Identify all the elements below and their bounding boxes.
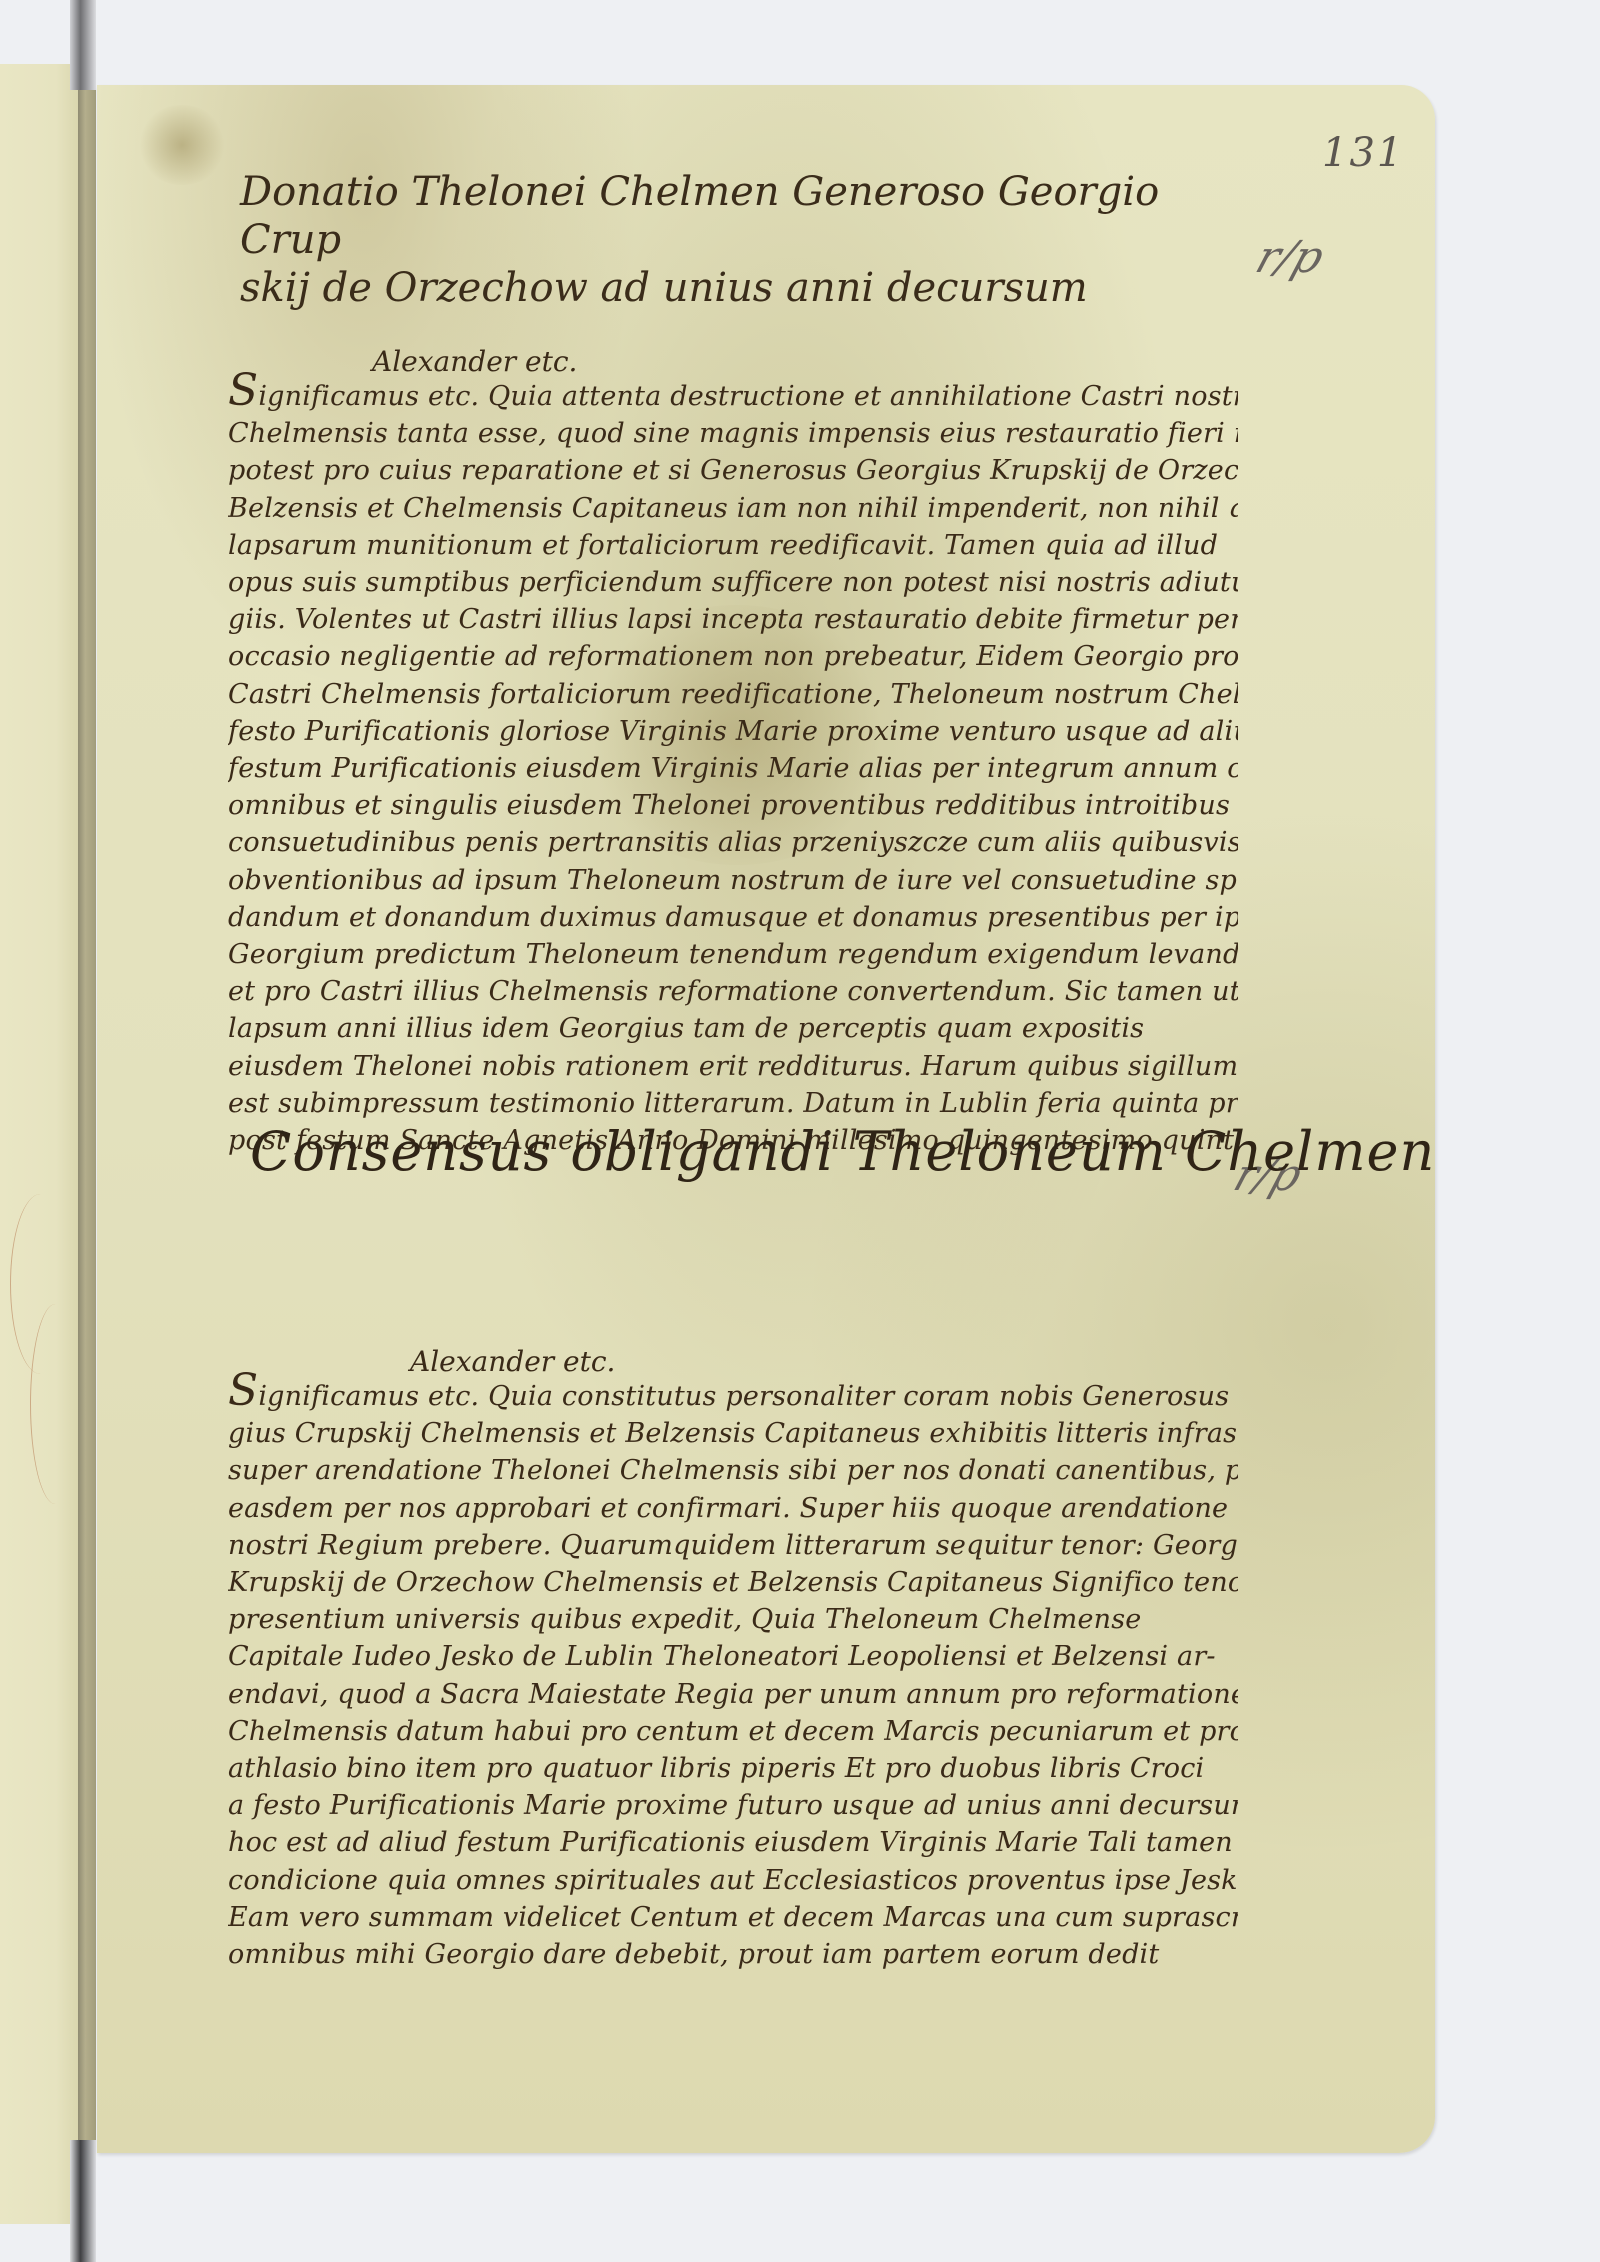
text-line: Eam vero summam videlicet Centum et dece… <box>228 1899 1238 1936</box>
facing-page-left <box>0 64 80 2224</box>
text-line: omnibus mihi Georgio dare debebit, prout… <box>228 1936 1238 1973</box>
text-line: nostri Regium prebere. Quarumquidem litt… <box>228 1527 1238 1564</box>
text-line: est subimpressum testimonio litterarum. … <box>228 1085 1238 1122</box>
text-line: Georgium predictum Theloneum tenendum re… <box>228 936 1238 973</box>
text-line: opus suis sumptibus perficiendum suffice… <box>228 564 1238 601</box>
entry-heading: Donatio Thelonei Chelmen Generoso Georgi… <box>240 168 1240 312</box>
text-line: Chelmensis tanta esse, quod sine magnis … <box>228 415 1238 452</box>
text-line: et pro Castri illius Chelmensis reformat… <box>228 973 1238 1010</box>
text-line: Capitale Iudeo Jesko de Lublin Theloneat… <box>228 1638 1238 1675</box>
folio-number: 131 <box>1322 130 1404 176</box>
heading-line: skij de Orzechow ad unius anni decursum <box>240 264 1240 312</box>
text-line: Krupskij de Orzechow Chelmensis et Belze… <box>228 1564 1238 1601</box>
text-line: condicione quia omnes spirituales aut Ec… <box>228 1862 1238 1899</box>
text-line: obventionibus ad ipsum Theloneum nostrum… <box>228 862 1238 899</box>
text-line: festum Purificationis eiusdem Virginis M… <box>228 750 1238 787</box>
entry-text: Significamus etc. Quia constitutus perso… <box>228 1372 1238 1973</box>
text-line: Significamus etc. Quia attenta destructi… <box>228 372 1238 415</box>
text-line: occasio negligentie ad reformationem non… <box>228 638 1238 675</box>
text-line: eiusdem Thelonei nobis rationem erit red… <box>228 1048 1238 1085</box>
text-line: lapsarum munitionum et fortaliciorum ree… <box>228 527 1238 564</box>
entry-text: Significamus etc. Quia attenta destructi… <box>228 372 1238 1159</box>
text-line: easdem per nos approbari et confirmari. … <box>228 1490 1238 1527</box>
text-line: consuetudinibus penis pertransitis alias… <box>228 824 1238 861</box>
text-line: Castri Chelmensis fortaliciorum reedific… <box>228 676 1238 713</box>
text-line: Significamus etc. Quia constitutus perso… <box>228 1372 1238 1415</box>
text-line: hoc est ad aliud festum Purificationis e… <box>228 1824 1238 1861</box>
text-line: potest pro cuius reparatione et si Gener… <box>228 452 1238 489</box>
stain <box>137 105 227 185</box>
book-gutter <box>78 0 96 2262</box>
text-line: Chelmensis datum habui pro centum et dec… <box>228 1713 1238 1750</box>
text-line: Belzensis et Chelmensis Capitaneus iam n… <box>228 490 1238 527</box>
text-line: athlasio bino item pro quatuor libris pi… <box>228 1750 1238 1787</box>
text-line: a festo Purificationis Marie proxime fut… <box>228 1787 1238 1824</box>
text-line: presentium universis quibus expedit, Qui… <box>228 1601 1238 1638</box>
red-ink-sketch <box>30 1304 81 1504</box>
text-line: endavi, quod a Sacra Maiestate Regia per… <box>228 1676 1238 1713</box>
gutter-shadow-top <box>70 0 96 90</box>
text-line: lapsum anni illius idem Georgius tam de … <box>228 1010 1238 1047</box>
text-line: dandum et donandum duximus damusque et d… <box>228 899 1238 936</box>
text-line: giis. Volentes ut Castri illius lapsi in… <box>228 601 1238 638</box>
text-line: festo Purificationis gloriose Virginis M… <box>228 713 1238 750</box>
rubric-heading: Consensus obligandi Theloneum Chelmen <box>250 1120 1435 1183</box>
text-line: super arendatione Thelonei Chelmensis si… <box>228 1452 1238 1489</box>
text-line: gius Crupskij Chelmensis et Belzensis Ca… <box>228 1415 1238 1452</box>
heading-line: Donatio Thelonei Chelmen Generoso Georgi… <box>240 168 1240 264</box>
text-line: omnibus et singulis eiusdem Thelonei pro… <box>228 787 1238 824</box>
gutter-shadow-bottom <box>70 2140 96 2262</box>
